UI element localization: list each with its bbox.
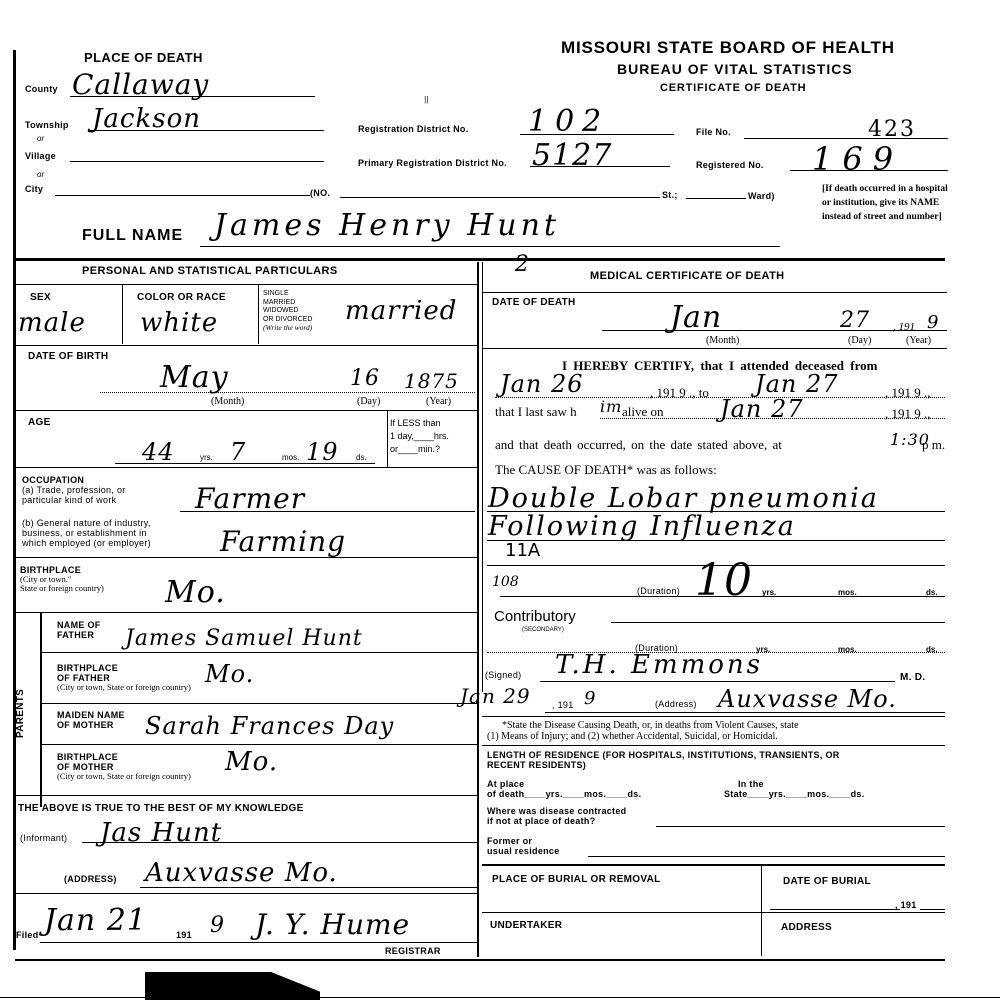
cause-code-1: 11A [505,540,540,561]
age-yrs-label: yrs. [200,453,213,462]
contributory-label: Contributory [494,608,576,625]
less-than-day: If LESS than 1 day,____hrs. or____min.? [390,417,449,456]
dob-year[interactable]: 1875 [404,369,459,393]
cause-line-2[interactable]: Following Influenza [488,511,796,542]
disease-contracted: Where was disease contracted if not at p… [487,806,626,826]
age-days[interactable]: 19 [306,438,339,466]
dob-year-caption: (Year) [426,396,451,407]
full-name-value[interactable]: James Henry Hunt [214,208,560,243]
registered-no-label: Registered No. [696,160,764,170]
mother-birthplace-label: BIRTHPLACE OF MOTHER (City or town, Stat… [57,752,191,781]
primary-district-label: Primary Registration District No. [358,158,507,168]
duration-value[interactable]: 10 [695,555,753,606]
or-label-1: or [37,134,44,143]
attend-from-year: , 191 9 ., to [650,385,709,401]
dob-day-caption: (Day) [357,396,380,407]
village-label: Village [25,151,56,161]
filed-year-prefix: 191 [176,930,192,940]
attend-to-year: , 191 9 ., [885,385,931,401]
age-ds-label: ds. [356,453,367,462]
center-divider [477,262,479,957]
no-label: (NO. [310,188,330,198]
county-label: County [25,84,58,94]
certificate-title: CERTIFICATE OF DEATH [660,82,806,94]
signed-value[interactable]: T.H. Emmons [555,650,763,680]
signed-year-prefix: , 191 [552,700,574,710]
undertaker-label: UNDERTAKER [490,921,562,931]
signed-year[interactable]: 9 [584,688,596,709]
birthplace-value[interactable]: Mo. [165,575,226,610]
race-label: COLOR OR RACE [137,293,226,303]
section-separator [15,258,945,261]
residence-heading-2: RECENT RESIDENTS) [487,760,586,770]
file-no-label: File No. [696,127,731,137]
informant-value[interactable]: Jas Hunt [100,818,222,848]
residence-heading: LENGTH OF RESIDENCE (FOR HOSPITALS, INST… [487,750,840,760]
md-label: M. D. [900,673,925,683]
mother-name-label: MAIDEN NAME OF MOTHER [57,710,125,730]
race-value[interactable]: white [140,308,218,338]
signed-date[interactable]: Jan 29 [460,684,531,708]
marital-options: SINGLE MARRIED WIDOWED OR DIVORCED (Writ… [263,290,312,333]
time-suffix: p m. [922,437,945,453]
age-label: AGE [28,418,51,428]
occupation-b-value[interactable]: Farming [220,525,346,558]
township-label: Township [25,120,69,130]
registrar-label: REGISTRAR [385,946,441,956]
filed-year[interactable]: 9 [210,913,225,938]
father-birthplace-value[interactable]: Mo. [205,660,254,688]
dod-year-prefix: , 191 [893,322,915,333]
city-label: City [25,184,43,194]
dod-label: DATE OF DEATH [492,298,576,308]
or-label-2: or [37,170,44,179]
last-saw-him[interactable]: im [600,397,622,416]
father-name-value[interactable]: James Samuel Hunt [125,626,363,651]
secondary-label: (SECONDARY) [522,626,564,635]
left-border [13,50,16,950]
age-years[interactable]: 44 [142,438,175,466]
dob-label: DATE OF BIRTH [28,352,108,362]
former-residence: Former or usual residence [487,836,560,856]
mother-birthplace-value[interactable]: Mo. [225,747,278,777]
medical-mark: 2 [515,252,530,277]
dob-day[interactable]: 16 [350,366,380,391]
sex-label: SEX [30,293,51,303]
father-name-label: NAME OF FATHER [57,620,101,640]
last-saw-prefix: that I last saw h [495,404,577,420]
registrar-value[interactable]: J. Y. Hume [255,908,410,941]
right-column-edge [482,262,483,692]
attend-from-date[interactable]: Jan 26 [500,370,584,398]
informant-address-label: (ADDRESS) [64,874,117,884]
age-months[interactable]: 7 [230,438,246,466]
parents-label: PARENTS [16,689,26,738]
in-the-state: In the State____yrs.____mos.____ds. [724,779,865,799]
informant-address-value[interactable]: Auxvasse Mo. [145,858,338,888]
medical-heading: MEDICAL CERTIFICATE OF DEATH [590,270,785,282]
cause-line-1[interactable]: Double Lobar pneumonia [488,483,879,514]
cause-intro: The CAUSE OF DEATH* was as follows: [495,462,717,478]
occupation-a-label: OCCUPATION (a) Trade, profession, or par… [22,475,126,505]
footnote-line-1: *State the Disease Causing Death, or, in… [502,720,799,731]
birthplace-label: BIRTHPLACE (City or town." State or fore… [20,565,104,593]
registered-no-value[interactable]: 169 [812,140,903,178]
dod-day-caption: (Day) [848,335,871,346]
registration-district-label: Registration District No. [358,124,469,134]
dob-month-caption: (Month) [211,396,244,407]
filed-date[interactable]: Jan 21 [44,903,147,938]
mother-name-value[interactable]: Sarah Frances Day [145,712,394,740]
place-of-death-heading: PLACE OF DEATH [84,50,203,65]
hospital-note: [If death occurred in a hospital or inst… [822,182,950,224]
last-saw-year: , 191 9 ., [885,406,931,422]
primary-district-value[interactable]: 5127 [532,138,612,173]
filed-label: Filed [16,930,39,940]
sex-value[interactable]: male [18,308,86,338]
marital-value[interactable]: married [345,296,457,326]
bureau-title: BUREAU OF VITAL STATISTICS [617,61,853,77]
margin-mark: || [424,95,428,104]
st-label: St.; [662,190,678,200]
dob-month[interactable]: May [160,360,229,395]
footnote-line-2: (1) Means of Injury; and (2) whether Acc… [487,731,778,742]
signed-label: (Signed) [485,670,521,680]
at-place-of-death: At place of death____yrs.____mos.____ds. [487,779,641,799]
burial-place-label: PLACE OF BURIAL OR REMOVAL [492,875,661,885]
ward-label: Ward) [748,191,775,201]
undertaker-address-label: ADDRESS [781,923,832,933]
dod-year-caption: (Year) [906,335,931,346]
father-birthplace-label: BIRTHPLACE OF FATHER (City or town, Stat… [57,663,191,692]
medical-address-value[interactable]: Auxvasse Mo. [718,685,897,713]
medical-address-label: (Address) [655,699,697,709]
burial-date-suffix: , 191 [895,900,917,910]
burial-date-label: DATE OF BURIAL [783,877,871,887]
full-name-label: FULL NAME [82,227,183,245]
personal-heading: PERSONAL AND STATISTICAL PARTICULARS [82,265,338,277]
attend-to-date[interactable]: Jan 27 [755,370,839,398]
cause-code-2: 108 [492,574,519,590]
duration-label-1: (Duration) [637,586,680,596]
dod-month-caption: (Month) [706,335,739,346]
informant-label: (Informant) [20,833,67,843]
occurred-text: and that death occurred, on the date sta… [495,437,782,453]
board-title: MISSOURI STATE BOARD OF HEALTH [561,38,895,58]
scan-artifact [145,972,320,1000]
true-statement: THE ABOVE IS TRUE TO THE BEST OF MY KNOW… [18,804,304,814]
occupation-b-label: (b) General nature of industry, business… [22,518,151,548]
age-mos-label: mos. [282,453,299,462]
